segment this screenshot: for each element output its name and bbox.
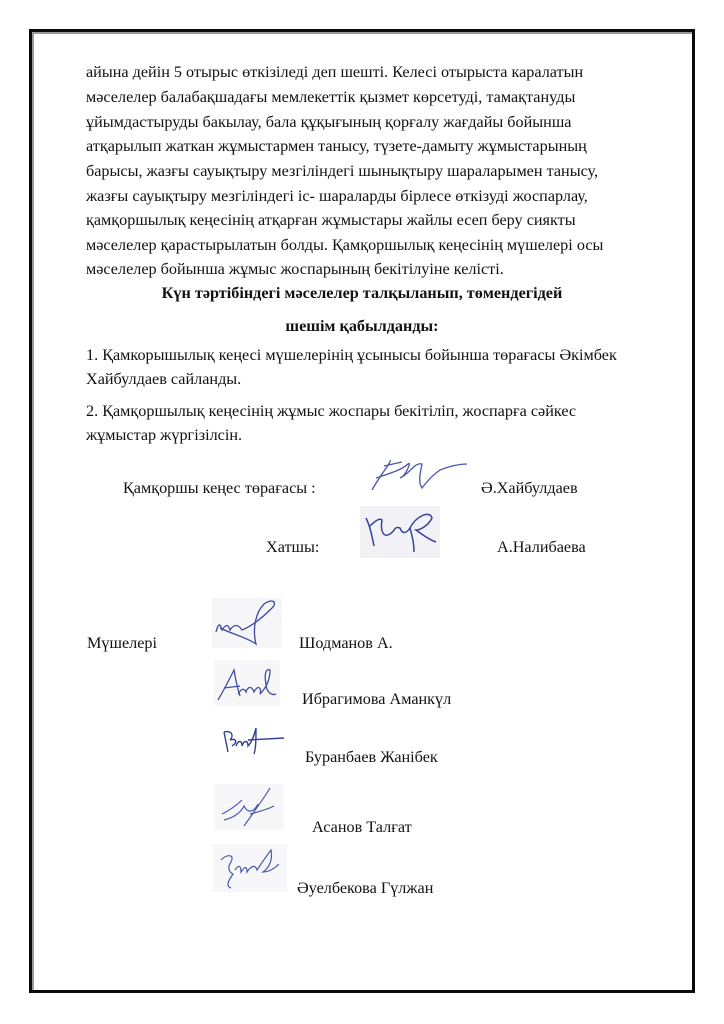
- member-signature: [214, 660, 280, 706]
- member-name: Шодманов А.: [299, 634, 393, 653]
- paragraph-line: қамқоршылық кеңесінің атқарған жұмыстары…: [86, 208, 576, 233]
- chair-label: Қамқоршы кеңес төрағасы :: [123, 479, 316, 498]
- paragraph-line: мәселелер қарастырылатын болды. Қамқоршы…: [86, 233, 603, 258]
- decision-heading-line1: Күн тәртібіндегі мәселелер талқыланып, т…: [0, 284, 724, 303]
- paragraph-line: ұйымдастыруды бакылау, бала құқығының қо…: [86, 110, 571, 135]
- member-signature: [218, 722, 288, 756]
- paragraph-line: айына дейін 5 отырыс өткізіледі деп шешт…: [86, 60, 583, 85]
- chair-name: Ә.Хайбулдаев: [481, 479, 578, 498]
- member-signature: [212, 598, 282, 648]
- member-signature: [214, 784, 284, 830]
- secretary-name: А.Налибаева: [497, 538, 586, 557]
- member-signature: [213, 844, 287, 892]
- paragraph-line: атқарылып жаткан жұмыстармен танысу, түз…: [86, 134, 587, 159]
- paragraph-line: мәселелер балабақшадағы мемлекеттік қызм…: [86, 85, 575, 110]
- member-name: Ибрагимова Аманкүл: [302, 690, 451, 709]
- decision-1-line1: 1. Қамкорышылық кеңесі мүшелерінің ұсыны…: [86, 343, 617, 368]
- paragraph-line: жазғы сауықтыру мезгіліндегі іс- шаралар…: [86, 184, 588, 209]
- secretary-signature: [360, 506, 440, 558]
- chair-signature: [362, 452, 472, 497]
- decision-2-line2: жұмыстар жүргізілсін.: [86, 423, 242, 448]
- paragraph-line: мәселелер бойынша жұмыс жоспарының бекіт…: [86, 257, 504, 282]
- secretary-label: Хатшы:: [266, 538, 319, 557]
- members-label: Мүшелері: [87, 634, 157, 653]
- member-name: Буранбаев Жанібек: [305, 748, 438, 767]
- decision-heading-line2: шешім қабылданды:: [0, 317, 724, 336]
- member-name: Әуелбекова Гүлжан: [297, 879, 433, 898]
- decision-1-line2: Хайбулдаев сайланды.: [86, 367, 241, 392]
- member-name: Асанов Талғат: [312, 818, 412, 837]
- paragraph-line: барысы, жазғы сауықтыру мезгіліндегі шын…: [86, 159, 598, 184]
- decision-2-line1: 2. Қамқоршылық кеңесінің жұмыс жоспары б…: [86, 399, 576, 424]
